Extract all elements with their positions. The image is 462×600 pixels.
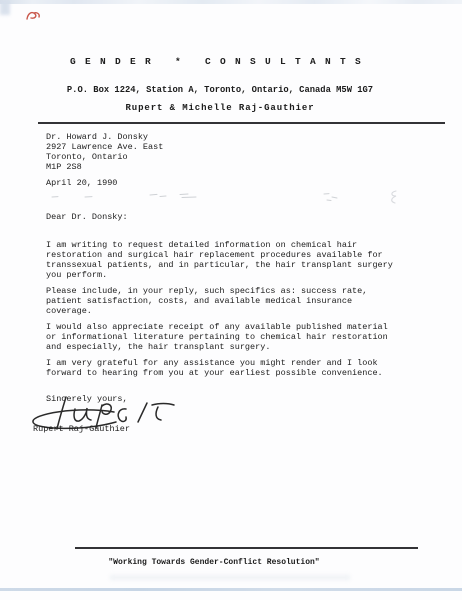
red-scribble-icon — [25, 9, 43, 22]
letterhead-rule — [38, 122, 445, 124]
footer-motto: "Working Towards Gender-Conflict Resolut… — [0, 558, 428, 567]
letterhead-principals: Rupert & Michelle Raj-Gauthier — [0, 103, 440, 113]
scan-smudge-top-left — [0, 0, 10, 15]
org-name: GENDER * CONSULTANTS — [0, 56, 440, 67]
signer-name: Rupert Raj-Gauthier — [33, 424, 130, 434]
red-pen-mark — [25, 9, 43, 27]
handwritten-signature — [26, 395, 178, 442]
recipient-line: M1P 2S8 — [46, 162, 163, 172]
footer-rule — [75, 547, 418, 549]
letterhead-address: P.O. Box 1224, Station A, Toronto, Ontar… — [0, 85, 440, 95]
letter-date: April 20, 1990 — [46, 178, 117, 188]
recipient-line: Dr. Howard J. Donsky — [46, 132, 163, 142]
scanned-letter-page: GENDER * CONSULTANTS P.O. Box 1224, Stat… — [0, 0, 462, 600]
recipient-address-block: Dr. Howard J. Donsky 2927 Lawrence Ave. … — [46, 132, 163, 172]
body-paragraph: I am writing to request detailed informa… — [46, 240, 426, 280]
scan-haze-bottom — [110, 575, 350, 580]
body-paragraph: I would also appreciate receipt of any a… — [46, 322, 426, 352]
scan-edge-artifact-top — [0, 0, 462, 4]
recipient-line: Toronto, Ontario — [46, 152, 163, 162]
recipient-line: 2927 Lawrence Ave. East — [46, 142, 163, 152]
body-paragraph: I am very grateful for any assistance yo… — [46, 358, 426, 378]
pencil-smudge-marks — [40, 188, 410, 213]
salutation: Dear Dr. Donsky: — [46, 212, 128, 222]
scan-edge-artifact-bottom — [0, 588, 462, 591]
body-paragraph: Please include, in your reply, such spec… — [46, 286, 426, 316]
smudge-strokes-icon — [40, 188, 410, 208]
letter-body: I am writing to request detailed informa… — [46, 240, 426, 384]
